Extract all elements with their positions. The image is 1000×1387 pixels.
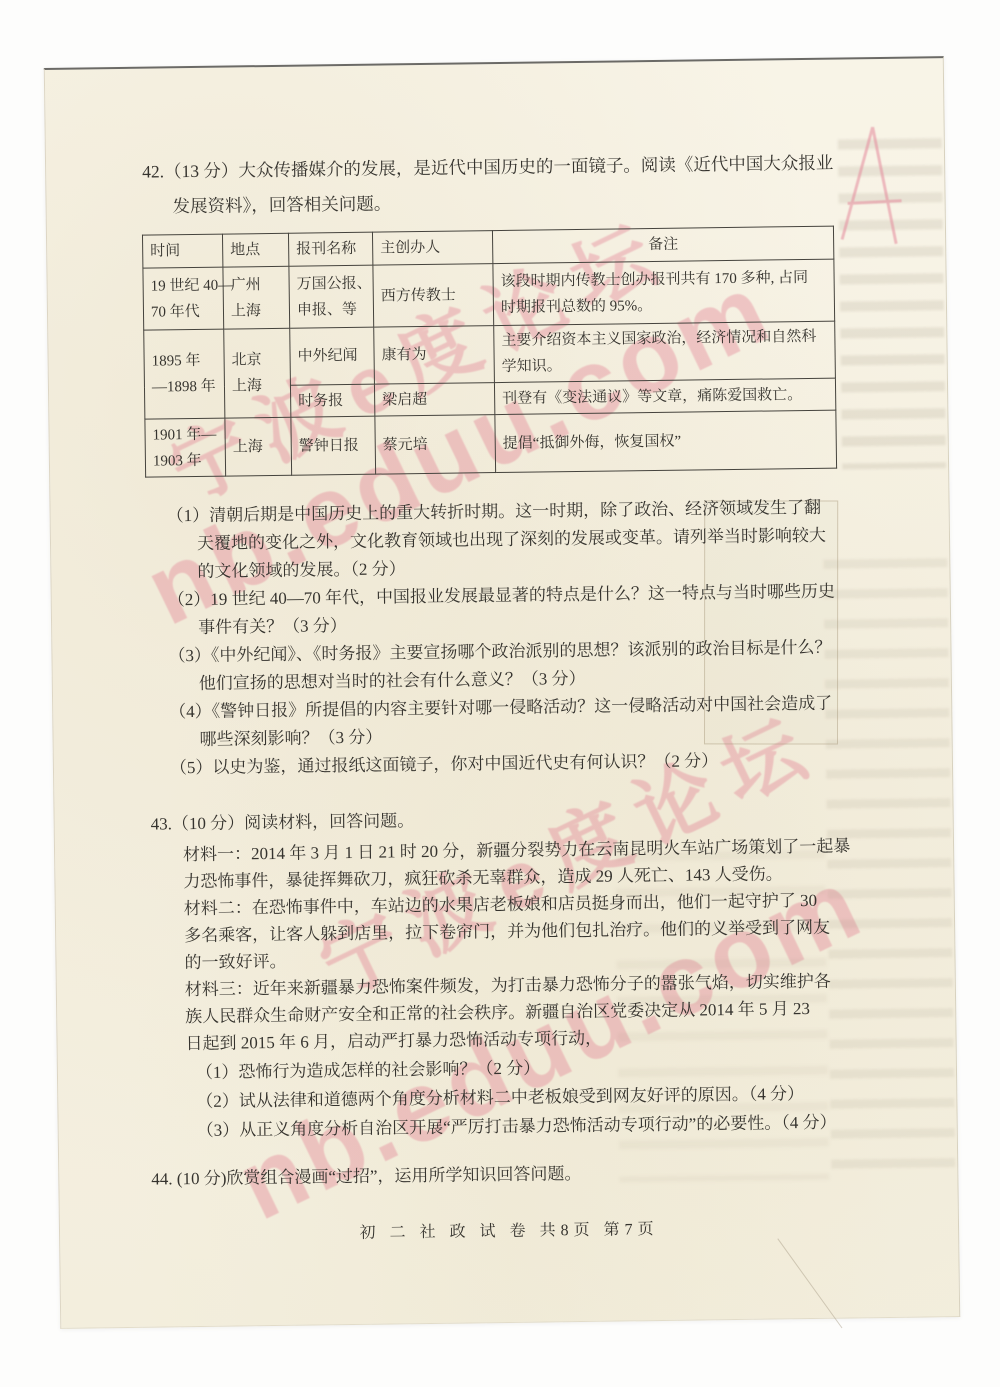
- subquestion-4: （4）《警钟日报》所提倡的内容主要针对哪一侵略活动？这一侵略活动对中国社会造成了…: [169, 689, 870, 754]
- col-header-time: 时间: [142, 234, 222, 268]
- cell-founder: 西方传教士: [373, 264, 494, 328]
- newspaper-development-table: 时间 地点 报刊名称 主创办人 备注 19 世纪 40—70 年代 广州上海 万…: [142, 226, 837, 478]
- cell-paper-name: 万国公报、申报、等: [289, 265, 374, 328]
- text-line: 学知识。: [502, 350, 828, 380]
- cell-note: 提倡“抵御外侮，恢复国权”: [495, 410, 837, 472]
- cell-place: 上海: [225, 417, 292, 476]
- question-43-title: 43.（10 分）阅读材料，回答问题。: [151, 806, 415, 834]
- cell-note: 主要介绍资本主义国家政治，经济情况和自然科学知识。: [494, 321, 836, 382]
- paper-crease: [777, 1238, 842, 1328]
- col-header-place: 地点: [222, 233, 288, 267]
- table-row: 1901 年—1903 年 上海 警钟日报 蔡元培 提倡“抵御外侮，恢复国权”: [145, 410, 837, 477]
- cell-founder: 蔡元培: [375, 415, 496, 475]
- question-42-subquestions: （1）清朝后期是中国历史上的重大转折时期。这一时期，除了政治、经济领域发生了翻天…: [166, 493, 870, 782]
- text-line: 北京: [231, 347, 282, 374]
- cell-place: 广州上海: [223, 266, 290, 329]
- question-42-intro: 42.（13 分）大众传播媒介的发展，是近代中国历史的一面镜子。阅读《近代中国大…: [142, 145, 863, 224]
- material-3: 材料三：近年来新疆暴力恐怖案件频发，为打击暴力恐怖分子的嚣张气焰，切实维护各族人…: [185, 967, 896, 1057]
- text-line: 广州: [230, 271, 281, 298]
- text-line: 主要介绍资本主义国家政治，经济情况和自然科: [501, 324, 827, 354]
- subquestion-3: （3）《中外纪闻》、《时务报》主要宣扬哪个政治派别的思想？该派别的政治目标是什么…: [168, 633, 869, 698]
- cell-note: 刊登有《变法通议》等文章，痛陈爱国救亡。: [494, 378, 835, 414]
- cell-time: 1901 年—1903 年: [145, 418, 226, 477]
- page-footer: 初 二 社 政 试 卷 共8页 第7页: [60, 1212, 958, 1247]
- exam-page: 宁波e度论坛 nb.eduu.com 宁波e度论坛 nb.eduu.com 42…: [44, 56, 960, 1329]
- cell-paper-name: 警钟日报: [291, 416, 376, 475]
- text-line: 该段时期内传教士创办报刊共有 170 多种, 占同: [500, 264, 826, 294]
- text-line: 19 世纪 40—: [150, 272, 215, 299]
- text-line: 时期报刊总数的 95%。: [501, 290, 827, 320]
- text-line: 万国公报、: [296, 270, 365, 297]
- cell-note: 该段时期内传教士创办报刊共有 170 多种, 占同时期报刊总数的 95%。: [493, 259, 835, 325]
- subquestion-2: （2）19 世纪 40—70 年代，中国报业发展最显著的特点是什么？这一特点与当…: [168, 577, 869, 642]
- text-line: 上海: [232, 373, 283, 400]
- question-43-materials: 材料一：2014 年 3 月 1 日 21 时 20 分，新疆分裂势力在云南昆明…: [183, 832, 896, 1057]
- question-43-subquestions: （1）恐怖行为造成怎样的社会影响？（2 分）（2）试从法律和道德两个角度分析材料…: [196, 1049, 917, 1145]
- cell-founder: 康有为: [374, 326, 495, 385]
- text-line: 上海: [231, 297, 282, 324]
- text-line: —1898 年: [152, 374, 217, 401]
- question-44-title: 44. (10 分)欣赏组合漫画“过招”，运用所学知识回答问题。: [151, 1159, 581, 1190]
- cell-paper-name: 中外纪闻: [290, 327, 375, 385]
- cell-time: 1895 年—1898 年: [144, 329, 225, 419]
- col-header-founder: 主创办人: [372, 231, 492, 266]
- subquestion-1: （1）清朝后期是中国历史上的重大转折时期。这一时期，除了政治、经济领域发生了翻天…: [166, 493, 867, 586]
- table-row: 1895 年—1898 年 北京上海 中外纪闻 康有为 主要介绍资本主义国家政治…: [144, 321, 836, 387]
- material-1: 材料一：2014 年 3 月 1 日 21 时 20 分，新疆分裂势力在云南昆明…: [183, 832, 894, 895]
- text-line: 1903 年: [153, 447, 218, 474]
- cell-place: 北京上海: [224, 328, 291, 418]
- text-line: 1895 年: [151, 348, 216, 375]
- cell-founder: 梁启超: [374, 383, 494, 417]
- material-2: 材料二：在恐怖事件中，车站边的水果店老板娘和店员挺身而出，他们一起守护了 30多…: [184, 886, 895, 976]
- cell-paper-name: 时务报: [290, 384, 374, 417]
- col-header-paper-name: 报刊名称: [288, 232, 372, 266]
- cell-time: 19 世纪 40—70 年代: [143, 267, 224, 330]
- text-line: 70 年代: [151, 298, 216, 325]
- text-line: 申报、等: [297, 296, 366, 323]
- table-row: 19 世纪 40—70 年代 广州上海 万国公报、申报、等 西方传教士 该段时期…: [143, 259, 835, 330]
- col-header-note: 备注: [492, 226, 833, 263]
- text-line: 1901 年—: [152, 421, 217, 448]
